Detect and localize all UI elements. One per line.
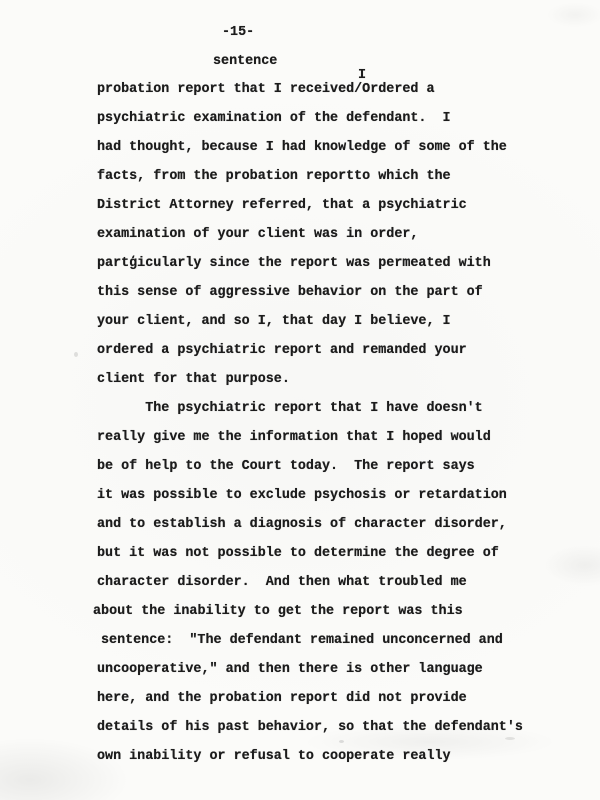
text-line: but it was not possible to determine the…	[97, 539, 523, 568]
text-line: probation report that I received/Ordered…	[97, 75, 523, 104]
text-line: really give me the information that I ho…	[97, 423, 523, 452]
text-line: about the inability to get the report wa…	[93, 597, 523, 626]
text-line: District Attorney referred, that a psych…	[97, 191, 523, 220]
text-line: your client, and so I, that day I believ…	[97, 307, 523, 336]
text-line: sentence: "The defendant remained unconc…	[101, 626, 523, 655]
text-line: details of his past behavior, so that th…	[97, 713, 523, 742]
text-line: psychiatric examination of the defendant…	[97, 104, 523, 133]
text-line: own inability or refusal to cooperate re…	[97, 742, 523, 771]
scanned-transcript-page: -15- sentence I probation report that I …	[0, 0, 600, 800]
text-line: it was possible to exclude psychosis or …	[97, 481, 523, 510]
text-line: examination of your client was in order,	[97, 220, 523, 249]
text-line: be of help to the Court today. The repor…	[97, 452, 523, 481]
text-line: here, and the probation report did not p…	[97, 684, 523, 713]
transcript-text-block: probation report that I received/Ordered…	[97, 75, 523, 771]
text-line: this sense of aggressive behavior on the…	[97, 278, 523, 307]
text-line: facts, from the probation reportto which…	[97, 162, 523, 191]
text-line: ordered a psychiatric report and remande…	[97, 336, 523, 365]
text-line: had thought, because I had knowledge of …	[97, 133, 523, 162]
text-line: The psychiatric report that I have doesn…	[97, 394, 523, 423]
text-line: partģicularly since the report was perme…	[97, 249, 523, 278]
text-line: client for that purpose.	[97, 365, 523, 394]
scan-artifact	[74, 352, 78, 357]
inserted-word-sentence: sentence	[213, 54, 277, 70]
text-line: character disorder. And then what troubl…	[97, 568, 523, 597]
page-number: -15-	[222, 25, 254, 41]
text-line: uncooperative," and then there is other …	[97, 655, 523, 684]
text-line: and to establish a diagnosis of characte…	[97, 510, 523, 539]
